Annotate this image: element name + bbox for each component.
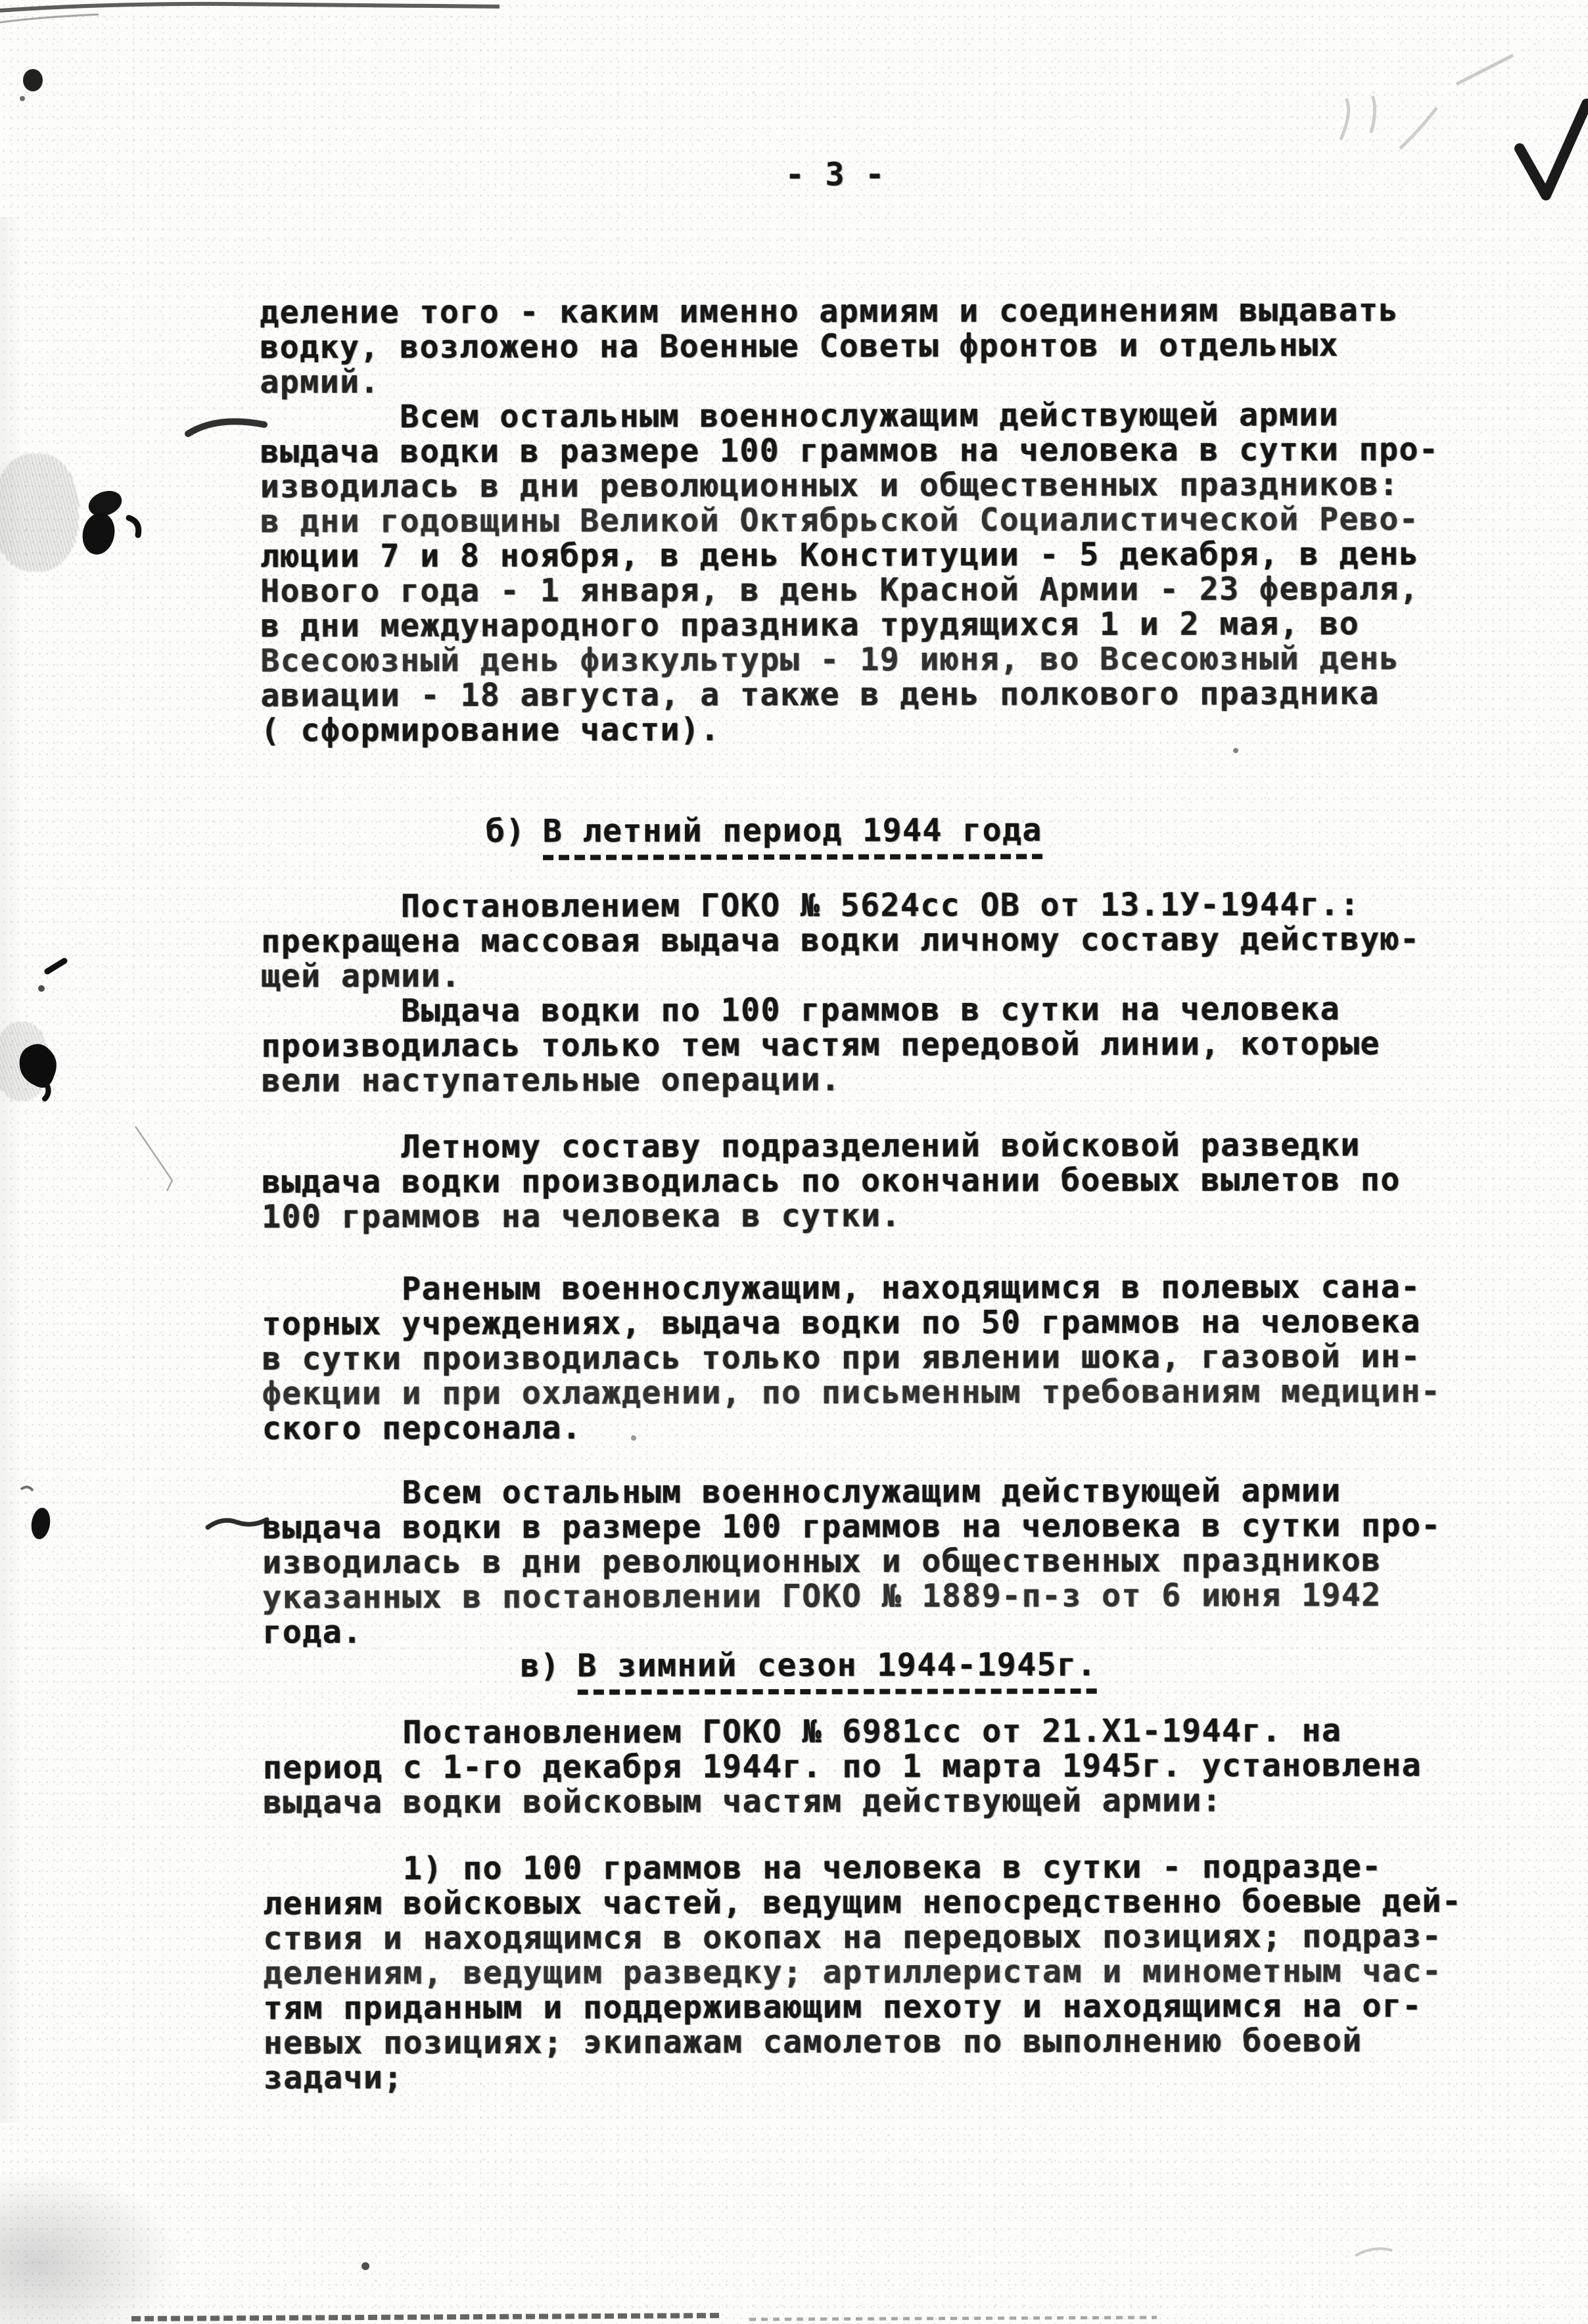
paragraph-goko-6981: Постановлением ГОКО № 6981сс от 21.Х1-19… — [263, 1713, 1422, 1821]
text-line: ( сформирование части). — [261, 711, 1440, 749]
text-line: изводилась в дни революционных и обществ… — [262, 1543, 1441, 1581]
text-line: ского персонала. — [262, 1409, 1441, 1447]
text-line: Всесоюзный день физкультуры - 19 июня, в… — [260, 641, 1439, 679]
text-line: ствия и находящимся в окопах на передовы… — [263, 1919, 1462, 1957]
text-line: армий. — [260, 363, 1399, 400]
text-line: Летному составу подразделений войсковой … — [262, 1128, 1401, 1165]
text-line: люции 7 и 8 ноября, в день Конституции -… — [260, 537, 1439, 574]
text-line: период с 1-го декабря 1944г. по 1 марта … — [263, 1748, 1422, 1786]
paragraph-item-1-100-grams: 1) по 100 граммов на человека в сутки - … — [263, 1849, 1462, 2096]
page-number-label: - 3 - — [785, 158, 885, 193]
text-line: лениям войсковых частей, ведущим непосре… — [263, 1884, 1462, 1922]
text-line: выдача водки производилась по окончании … — [262, 1163, 1401, 1200]
text-line: прекращена массовая выдача водки личному… — [261, 922, 1420, 960]
text-line: фекции и при охлаждении, по письменным т… — [262, 1374, 1441, 1412]
text-line: делениям, ведущим разведку; артиллериста… — [264, 1954, 1462, 1991]
typewritten-text-layer: - 3 - деление того - каким именно армиям… — [0, 0, 1588, 2324]
paragraph-frontline-issue: Выдача водки по 100 граммов в сутки на ч… — [261, 992, 1380, 1099]
text-line: выдача водки войсковым частям действующе… — [263, 1783, 1422, 1821]
text-line: 100 граммов на человека в сутки. — [262, 1197, 1401, 1235]
section-title: В зимний сезон 1944-1945г. — [577, 1648, 1097, 1695]
section-letter: в) — [521, 1648, 561, 1685]
text-line: вели наступательные операции. — [262, 1061, 1380, 1099]
paragraph-holiday-issue-rules: Всем остальным военнослужащим действующе… — [260, 398, 1440, 749]
section-heading-winter-1944-1945: в)В зимний сезон 1944-1945г. — [521, 1648, 1097, 1695]
text-line: авиации - 18 августа, а также в день пол… — [260, 676, 1439, 714]
text-line: водку, возложено на Военные Советы фронт… — [260, 328, 1399, 365]
text-line: задачи; — [264, 2058, 1462, 2096]
text-line: Раненым военнослужащим, находящимся в по… — [262, 1270, 1441, 1307]
text-line: Нового года - 1 января, в день Красной А… — [260, 572, 1439, 609]
paragraph-goko-5624: Постановлением ГОКО № 5624сс ОВ от 13.1У… — [261, 887, 1420, 994]
text-line: Всем остальным военнослужащим действующе… — [260, 398, 1439, 435]
text-line: Постановлением ГОКО № 5624сс ОВ от 13.1У… — [261, 887, 1420, 925]
section-title: В летний период 1944 года — [543, 813, 1042, 860]
section-letter: б) — [486, 813, 526, 850]
text-line: Постановлением ГОКО № 6981сс от 21.Х1-19… — [263, 1713, 1422, 1751]
text-line: изводилась в дни революционных и обществ… — [260, 467, 1439, 505]
text-line: выдача водки в размере 100 граммов на че… — [262, 1508, 1441, 1546]
text-line: невых позициях; экипажам самолетов по вы… — [264, 2024, 1462, 2061]
paragraph-aircrew-recon: Летному составу подразделений войсковой … — [262, 1128, 1401, 1235]
text-line: в сутки производилась только при явлении… — [262, 1339, 1441, 1377]
paragraph-vodka-allocation-authority: деление того - каким именно армиям и сое… — [260, 293, 1399, 400]
text-line: торных учреждениях, выдача водки по 50 г… — [262, 1305, 1441, 1342]
paragraph-goko-1889: Всем остальным военнослужащим действующе… — [262, 1474, 1441, 1650]
text-line: тям приданным и поддерживающим пехоту и … — [264, 1989, 1462, 2026]
text-line: указанных в постановлении ГОКО № 1889-п-… — [262, 1578, 1441, 1615]
scanned-document-page: - 3 - деление того - каким именно армиям… — [0, 0, 1588, 2324]
text-line: 1) по 100 граммов на человека в сутки - … — [263, 1849, 1462, 1887]
text-line: щей армии. — [261, 957, 1420, 994]
text-line: в дни годовщины Великой Октябрьской Соци… — [260, 502, 1439, 540]
text-line: деление того - каким именно армиям и сое… — [260, 293, 1399, 331]
text-line: производилась только тем частям передово… — [262, 1027, 1380, 1064]
section-heading-summer-1944: б)В летний период 1944 года — [486, 813, 1042, 860]
text-line: выдача водки в размере 100 граммов на че… — [260, 432, 1439, 470]
text-line: Всем остальным военнослужащим действующе… — [262, 1474, 1441, 1511]
text-line: года. — [262, 1613, 1441, 1650]
paragraph-wounded-soldiers: Раненым военнослужащим, находящимся в по… — [262, 1270, 1441, 1447]
text-line: в дни международного праздника трудящихс… — [260, 607, 1439, 644]
text-line: Выдача водки по 100 граммов в сутки на ч… — [261, 992, 1380, 1029]
page-number: - 3 - — [785, 158, 885, 193]
